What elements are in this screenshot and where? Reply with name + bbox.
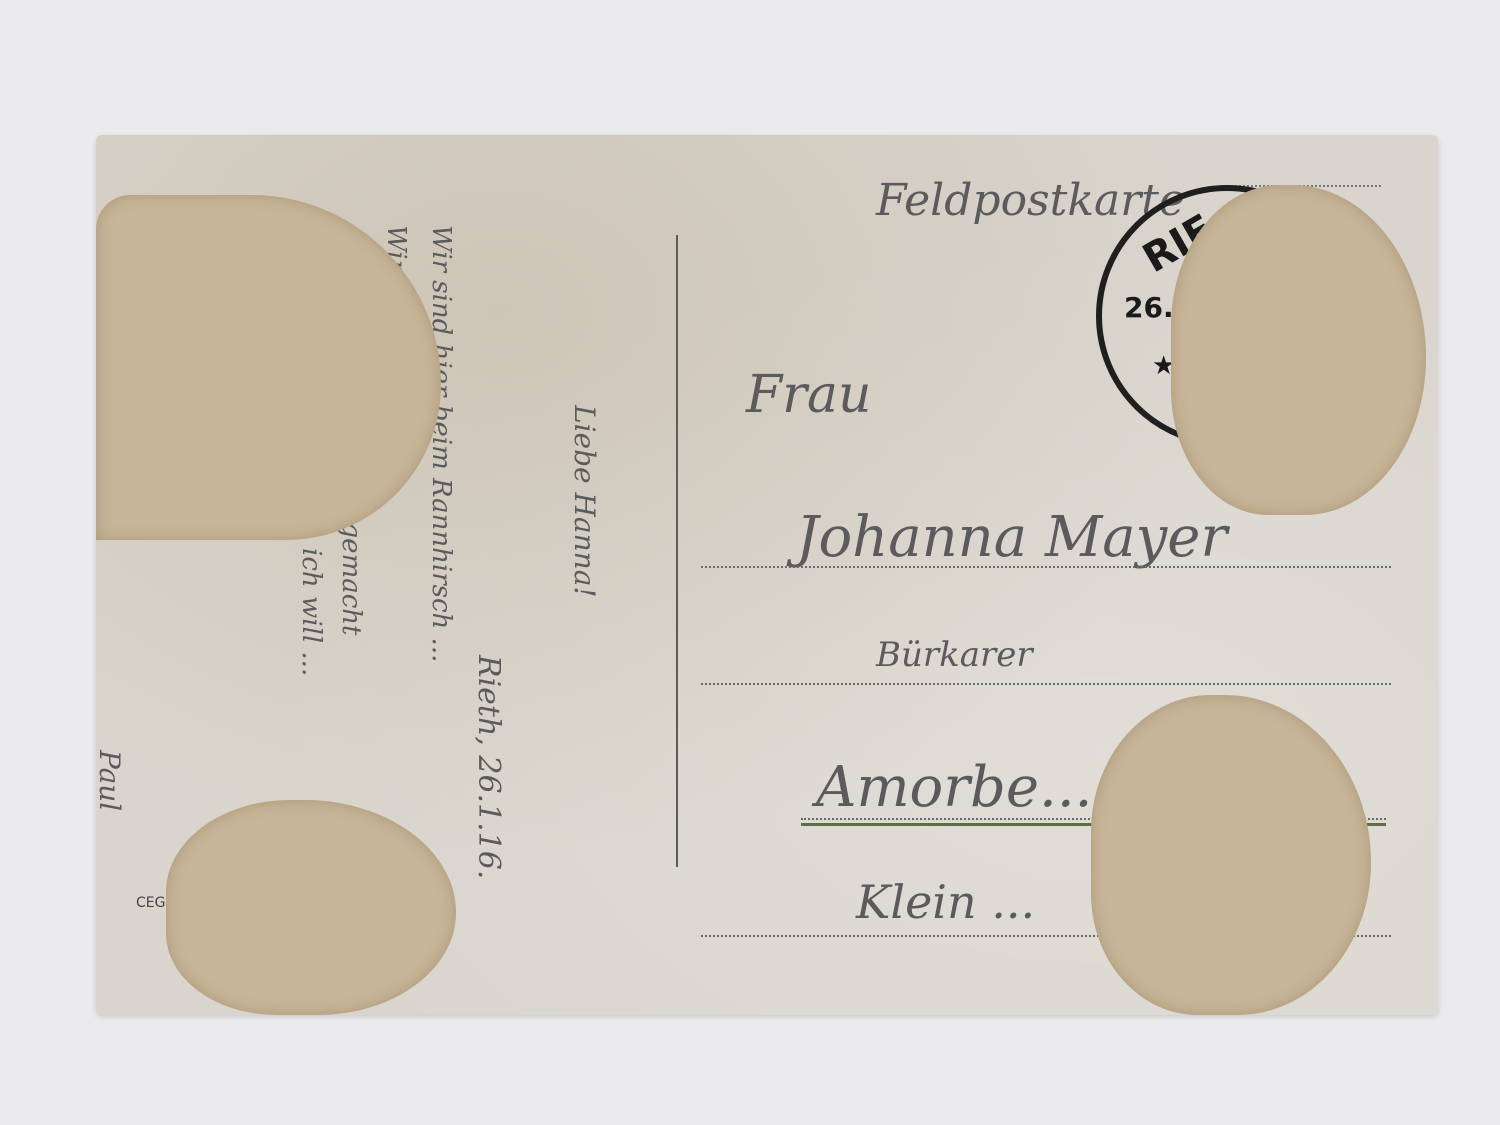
torn-paper-patch-bottom-right	[1091, 695, 1371, 1015]
address-line-2	[701, 683, 1391, 685]
publisher-monogram: CEG	[136, 895, 165, 911]
message-line: Wir sind hier beim Rannhirsch ...	[426, 225, 456, 662]
postmark-day: 26.	[1124, 291, 1174, 324]
postcard: Feldpostkarte RIE 26. ★ Frau Johanna May…	[96, 135, 1438, 1015]
message-date: Rieth, 26.1.16.	[471, 655, 506, 879]
message-greeting: Liebe Hanna!	[568, 405, 601, 598]
torn-paper-patch-top-right	[1171, 185, 1426, 515]
center-divider	[676, 235, 678, 867]
address-line-1	[701, 566, 1391, 568]
torn-paper-patch-bottom-left	[166, 800, 456, 1015]
address-line2: Bürkarer	[876, 635, 1033, 675]
address-line4: Klein ...	[856, 875, 1035, 929]
message-signature: Paul	[96, 750, 126, 811]
address-name: Johanna Mayer	[796, 505, 1227, 570]
address-salutation: Frau	[746, 365, 871, 425]
address-line3: Amorbe...	[816, 755, 1092, 820]
